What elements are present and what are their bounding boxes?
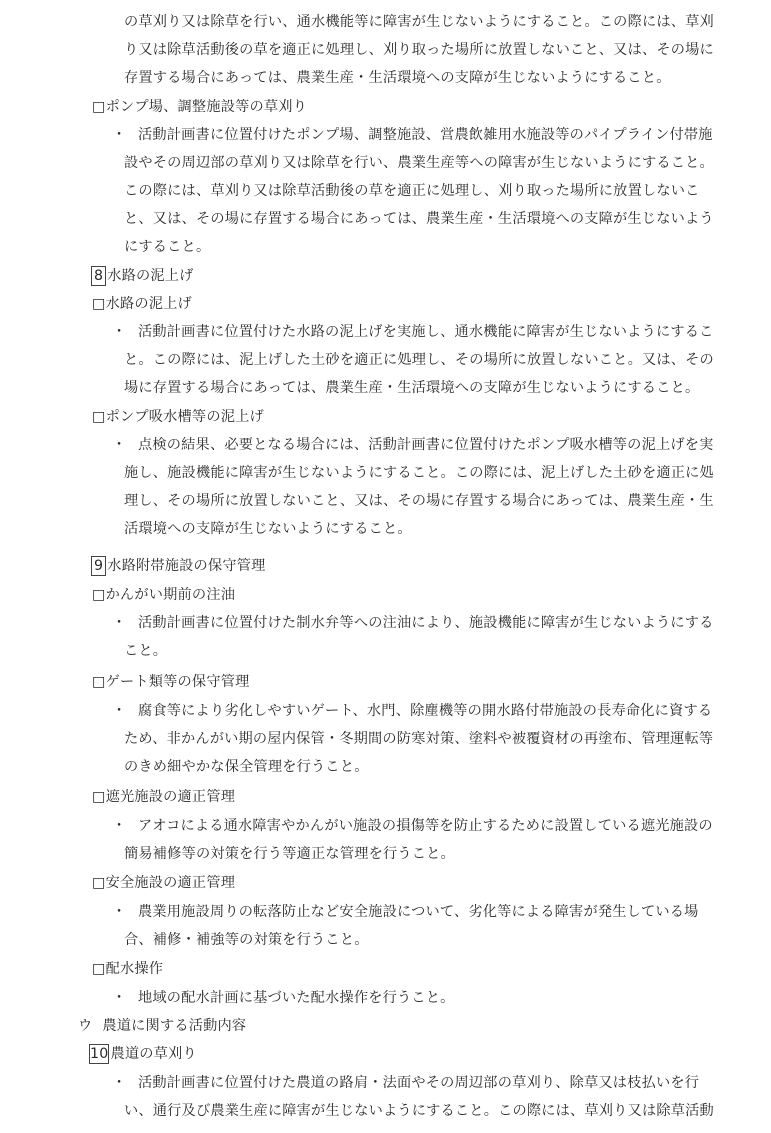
subsection-heading: ウ農道に関する活動内容 <box>78 1016 246 1036</box>
paragraph-line: この際には、草刈り又は除草活動後の草を適正に処理し、刈り取った場所に放置しないこ <box>124 181 700 201</box>
bullet-line: ・活動計画書に位置付けた制水弁等への注油により、施設機能に障害が生じないようにす… <box>112 613 714 633</box>
item-heading: □遮光施設の適正管理 <box>92 787 235 807</box>
paragraph-line: 活環境への支障が生じないようにすること。 <box>124 519 412 539</box>
section-heading-9: 9水路附帯施設の保守管理 <box>91 556 266 576</box>
bullet-dot: ・ <box>112 1073 138 1093</box>
item-heading: □ポンプ吸水槽等の泥上げ <box>92 407 264 427</box>
paragraph-line: 農業用施設周りの転落防止など安全施設について、劣化等による障害が発生している場 <box>138 904 699 920</box>
bullet-dot: ・ <box>112 988 138 1008</box>
subsection-marker: ウ <box>78 1018 92 1034</box>
section-number-box: 9 <box>91 556 106 576</box>
paragraph-line: ため、非かんがい期の屋内保管・冬期間の防寒対策、塗料や被覆資材の再塗布、管理運転… <box>124 729 713 749</box>
item-heading: □かんがい期前の注油 <box>92 585 235 605</box>
paragraph-line: こと。 <box>124 641 167 661</box>
paragraph-line: 存置する場合にあっては、農業生産・生活環境への支障が生じないようにすること。 <box>124 68 671 88</box>
paragraph-line: 腐食等により劣化しやすいゲート、水門、除塵機等の開水路付帯施設の長寿命化に資する <box>138 703 712 719</box>
item-heading: □配水操作 <box>92 959 163 979</box>
bullet-dot: ・ <box>112 816 138 836</box>
section-heading-8: 8水路の泥上げ <box>91 266 194 286</box>
paragraph-line: 地域の配水計画に基づいた配水操作を行うこと。 <box>138 990 455 1006</box>
paragraph-line: 活動計画書に位置付けた水路の泥上げを実施し、通水機能に障害が生じないようにするこ <box>138 324 714 340</box>
bullet-dot: ・ <box>112 125 138 145</box>
section-heading-10: 10農道の草刈り <box>89 1044 197 1064</box>
paragraph-line: り又は除草活動後の草を適正に処理し、刈り取った場所に放置しないこと、又は、その場… <box>124 40 714 60</box>
paragraph-line: 施し、施設機能に障害が生じないようにすること。この際には、泥上げした土砂を適正に… <box>124 463 714 483</box>
paragraph-line: にすること。 <box>124 237 210 257</box>
bullet-line: ・アオコによる通水障害やかんがい施設の損傷等を防止するために設置している遮光施設… <box>112 816 713 836</box>
bullet-dot: ・ <box>112 701 138 721</box>
bullet-dot: ・ <box>112 322 138 342</box>
paragraph-line: 理し、その場所に放置しないこと、又は、その場に存置する場合にあっては、農業生産・… <box>124 491 714 511</box>
section-title: 農道の草刈り <box>110 1046 196 1062</box>
bullet-line: ・活動計画書に位置付けた農道の路肩・法面やその周辺部の草刈り、除草又は枝払いを行 <box>112 1073 699 1093</box>
section-number-box: 8 <box>91 266 106 286</box>
document-page: の草刈り又は除草を行い、通水機能等に障害が生じないようにすること。この際には、草… <box>0 0 771 1133</box>
paragraph-line: 設やその周辺部の草刈り又は除草を行い、農業生産等への障害が生じないようにすること… <box>124 153 714 173</box>
paragraph-line: 活動計画書に位置付けた農道の路肩・法面やその周辺部の草刈り、除草又は枝払いを行 <box>138 1075 699 1091</box>
paragraph-line: と。この際には、泥上げした土砂を適正に処理し、その場所に放置しないこと。又は、そ… <box>124 350 714 370</box>
bullet-line: ・腐食等により劣化しやすいゲート、水門、除塵機等の開水路付帯施設の長寿命化に資す… <box>112 701 712 721</box>
paragraph-line: の草刈り又は除草を行い、通水機能等に障害が生じないようにすること。この際には、草… <box>124 12 714 32</box>
paragraph-line: 簡易補修等の対策を行う等適正な管理を行うこと。 <box>124 844 455 864</box>
bullet-line: ・活動計画書に位置付けたポンプ場、調整施設、営農飲雑用水施設等のパイプライン付帯… <box>112 125 713 145</box>
bullet-dot: ・ <box>112 902 138 922</box>
paragraph-line: 場に存置する場合にあっては、農業生産・生活環境への支障が生じないようにすること。 <box>124 378 699 398</box>
bullet-line: ・地域の配水計画に基づいた配水操作を行うこと。 <box>112 988 455 1008</box>
paragraph-line: アオコによる通水障害やかんがい施設の損傷等を防止するために設置している遮光施設の <box>138 818 713 834</box>
section-title: 水路附帯施設の保守管理 <box>107 558 265 574</box>
section-title: 水路の泥上げ <box>107 268 193 284</box>
bullet-dot: ・ <box>112 613 138 633</box>
paragraph-line: と、又は、その場に存置する場合にあっては、農業生産・生活環境への支障が生じないよ… <box>124 209 714 229</box>
section-number-box: 10 <box>89 1044 109 1064</box>
paragraph-line: 点検の結果、必要となる場合には、活動計画書に位置付けたポンプ吸水槽等の泥上げを実 <box>138 437 714 453</box>
bullet-line: ・農業用施設周りの転落防止など安全施設について、劣化等による障害が発生している場 <box>112 902 699 922</box>
item-heading: □水路の泥上げ <box>92 294 192 314</box>
item-heading-pump-weeding: □ポンプ場、調整施設等の草刈り <box>92 97 307 117</box>
item-heading: □安全施設の適正管理 <box>92 873 235 893</box>
paragraph-line: のきめ細やかな保全管理を行うこと。 <box>124 757 369 777</box>
paragraph-line: 活動計画書に位置付けたポンプ場、調整施設、営農飲雑用水施設等のパイプライン付帯施 <box>138 127 713 143</box>
paragraph-line: 活動計画書に位置付けた制水弁等への注油により、施設機能に障害が生じないようにする <box>138 615 714 631</box>
paragraph-line: 合、補修・補強等の対策を行うこと。 <box>124 930 369 950</box>
bullet-line: ・活動計画書に位置付けた水路の泥上げを実施し、通水機能に障害が生じないようにする… <box>112 322 714 342</box>
subsection-title: 農道に関する活動内容 <box>102 1018 246 1034</box>
item-heading: □ゲート類等の保守管理 <box>92 672 249 692</box>
bullet-dot: ・ <box>112 435 138 455</box>
bullet-line: ・点検の結果、必要となる場合には、活動計画書に位置付けたポンプ吸水槽等の泥上げを… <box>112 435 714 455</box>
paragraph-line: い、通行及び農業生産に障害が生じないようにすること。この際には、草刈り又は除草活… <box>124 1101 714 1121</box>
